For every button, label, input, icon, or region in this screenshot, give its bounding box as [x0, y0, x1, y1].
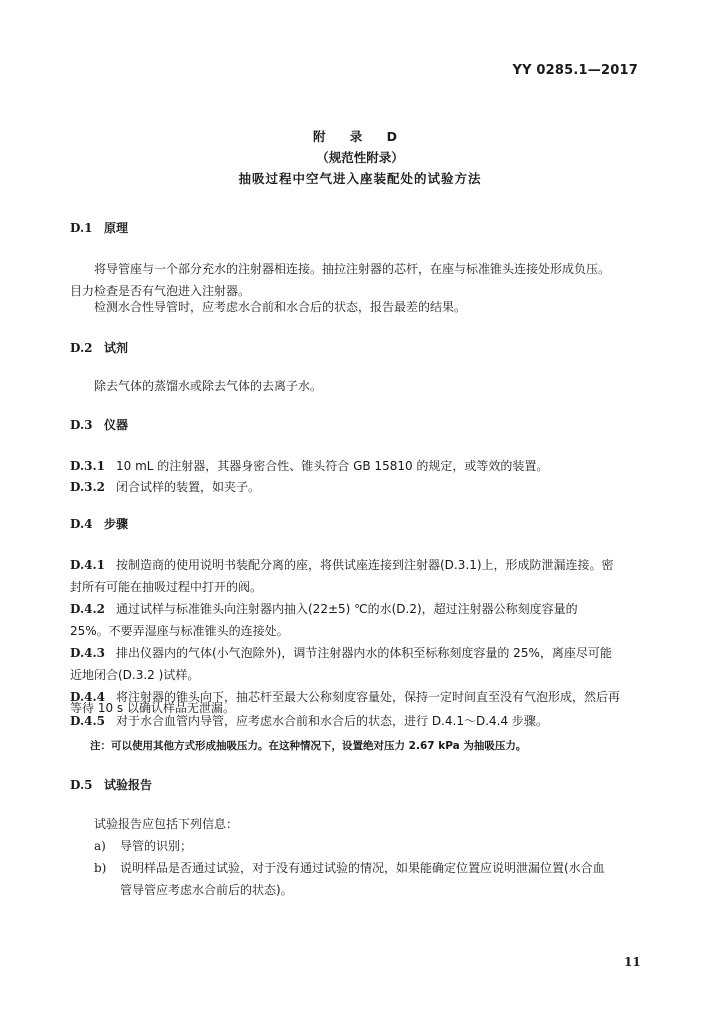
list-item: a)导管的识别；: [94, 835, 192, 857]
clause-number: D.3.1: [70, 455, 116, 477]
clause-number: D.4.2: [70, 598, 116, 620]
section-number: D.3: [70, 418, 104, 432]
clause-text: 按制造商的使用说明书装配分离的座，将供试座连接到注射器(D.3.1)上，形成防泄…: [116, 558, 614, 572]
paragraph: 试验报告应包括下列信息：: [94, 813, 238, 835]
section-number: D.1: [70, 221, 104, 235]
clause-number: D.4.3: [70, 642, 116, 664]
list-label: b): [94, 857, 120, 879]
section-number: D.2: [70, 341, 104, 355]
section-title: 试剂: [104, 341, 128, 355]
clause-text: 闭合试样的装置，如夹子。: [116, 480, 260, 494]
clause-d4-5: D.4.5对于水合血管内导管，应考虑水合前和水合后的状态，进行 D.4.1～D.…: [70, 710, 548, 732]
clause-d4-2: D.4.2通过试样与标准锥头向注射器内抽入(22±5) ℃的水(D.2)，超过注…: [70, 598, 578, 620]
clause-text-continued: 25%。不要弄湿座与标准锥头的连接处。: [70, 620, 289, 642]
section-title: 试验报告: [104, 778, 152, 792]
note: 注：可以使用其他方式形成抽吸压力。在这种情况下，设置绝对压力 2.67 kPa …: [90, 738, 526, 753]
annex-label: 附 录 D: [0, 127, 720, 145]
clause-text: 对于水合血管内导管，应考虑水合前和水合后的状态，进行 D.4.1～D.4.4 步…: [116, 714, 548, 728]
annex-type: （规范性附录）: [0, 148, 720, 166]
section-heading-d2: D.2试剂: [70, 339, 128, 356]
paragraph: 将导管座与一个部分充水的注射器相连接。抽拉注射器的芯杆，在座与标准锥头连接处形成…: [94, 258, 610, 280]
paragraph: 检测水合性导管时，应考虑水合前和水合后的状态，报告最差的结果。: [94, 296, 466, 318]
clause-text-continued: 封所有可能在抽吸过程中打开的阀。: [70, 576, 262, 598]
section-title: 仪器: [104, 418, 128, 432]
list-text-continued: 管导管应考虑水合前后的状态)。: [120, 879, 293, 901]
section-heading-d1: D.1原理: [70, 219, 128, 236]
clause-d3-2: D.3.2闭合试样的装置，如夹子。: [70, 476, 260, 498]
list-text: 说明样品是否通过试验，对于没有通过试验的情况，如果能确定位置应说明泄漏位置(水合…: [120, 861, 605, 875]
paragraph: 除去气体的蒸馏水或除去气体的去离子水。: [94, 375, 322, 397]
section-number: D.4: [70, 517, 104, 531]
clause-number: D.4.1: [70, 554, 116, 576]
clause-text: 通过试样与标准锥头向注射器内抽入(22±5) ℃的水(D.2)，超过注射器公称刻…: [116, 602, 578, 616]
clause-text-continued: 近地闭合(D.3.2 )试样。: [70, 664, 199, 686]
section-heading-d3: D.3仪器: [70, 416, 128, 433]
section-heading-d5: D.5试验报告: [70, 776, 152, 793]
section-title: 步骤: [104, 517, 128, 531]
clause-number: D.4.5: [70, 710, 116, 732]
clause-d4-3: D.4.3排出仪器内的气体(小气泡除外)，调节注射器内水的体积至标称刻度容量的 …: [70, 642, 612, 664]
clause-text: 排出仪器内的气体(小气泡除外)，调节注射器内水的体积至标称刻度容量的 25%，离…: [116, 646, 612, 660]
clause-number: D.3.2: [70, 476, 116, 498]
list-label: a): [94, 835, 120, 857]
section-number: D.5: [70, 778, 104, 792]
clause-d3-1: D.3.110 mL 的注射器，其器身密合性、锥头符合 GB 15810 的规定…: [70, 455, 548, 477]
page-number: 11: [624, 955, 641, 969]
clause-text: 10 mL 的注射器，其器身密合性、锥头符合 GB 15810 的规定，或等效的…: [116, 459, 548, 473]
clause-d4-1: D.4.1按制造商的使用说明书装配分离的座，将供试座连接到注射器(D.3.1)上…: [70, 554, 614, 576]
list-item: b)说明样品是否通过试验，对于没有通过试验的情况，如果能确定位置应说明泄漏位置(…: [94, 857, 605, 879]
standard-code: YY 0285.1—2017: [512, 63, 638, 78]
section-heading-d4: D.4步骤: [70, 515, 128, 532]
annex-title: 抽吸过程中空气进入座装配处的试验方法: [0, 169, 720, 187]
section-title: 原理: [104, 221, 128, 235]
list-text: 导管的识别；: [120, 839, 192, 853]
